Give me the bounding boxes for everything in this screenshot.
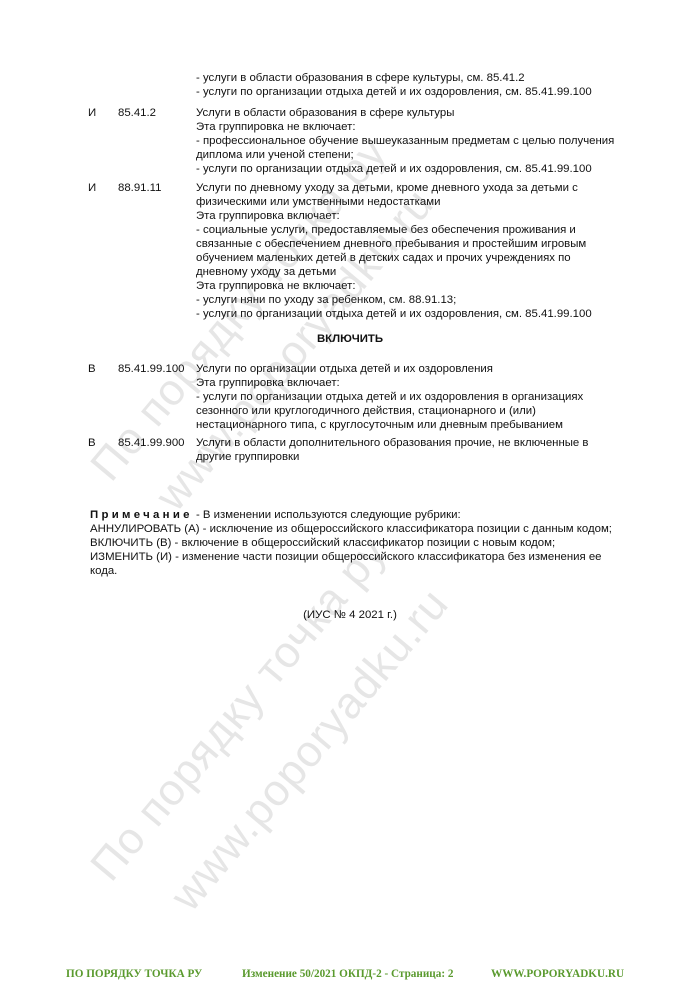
entry-code: 85.41.99.900 [118, 436, 185, 450]
text-line: - услуги по организации отдыха детей и и… [196, 85, 636, 99]
note-heading: Примечание - В изменении используются сл… [90, 508, 650, 522]
text-line: Услуги в области образования в сфере кул… [196, 106, 636, 120]
entry-description: Услуги по организации отдыха детей и их … [196, 362, 636, 432]
footer-site-url[interactable]: WWW.POPORYADKU.RU [491, 967, 624, 981]
text-line: Эта группировка включает: [196, 376, 636, 390]
text-line: обучением маленьких детей в детских сада… [196, 251, 636, 265]
note-line: ИЗМЕНИТЬ (И) - изменение части позиции о… [90, 550, 650, 564]
text-line: Эта группировка не включает: [196, 120, 636, 134]
text-line: - услуги няни по уходу за ребенком, см. … [196, 293, 636, 307]
section-title-include: ВКЛЮЧИТЬ [0, 332, 700, 346]
text-line: другие группировки [196, 450, 636, 464]
entry-action-mark: И [88, 106, 96, 120]
document-page: По порядку точка ру www.poporyadku.ru По… [0, 0, 700, 990]
entry-code: 88.91.11 [118, 181, 162, 195]
text-line: диплома или ученой степени; [196, 148, 636, 162]
note-line: кода. [90, 564, 650, 578]
text-line: сезонного или круглогодичного действия, … [196, 404, 636, 418]
text-line: - социальные услуги, предоставляемые без… [196, 223, 636, 237]
entry-description: Услуги по дневному уходу за детьми, кром… [196, 181, 636, 321]
entry-description: Услуги в области образования в сфере кул… [196, 106, 636, 176]
text-line: - услуги по организации отдыха детей и и… [196, 390, 636, 404]
entry-action-mark: В [88, 436, 96, 450]
text-line: Услуги по организации отдыха детей и их … [196, 362, 636, 376]
ius-reference: (ИУС № 4 2021 г.) [0, 608, 700, 622]
text-line: связанные с обеспечением дневного пребыв… [196, 237, 636, 251]
watermark-site-name: По порядку точка ру [95, 539, 383, 879]
note-intro: - В изменении используются следующие руб… [193, 509, 461, 521]
text-line: - услуги по организации отдыха детей и и… [196, 162, 636, 176]
note-line: АННУЛИРОВАТЬ (А) - исключение из общерос… [90, 522, 650, 536]
watermark-site-url: www.poporyadku.ru [175, 591, 445, 909]
text-line: Услуги по дневному уходу за детьми, кром… [196, 181, 636, 195]
entry-action-mark: И [88, 181, 96, 195]
note-line: ВКЛЮЧИТЬ (В) - включение в общероссийски… [90, 536, 650, 550]
continued-exclusions: - услуги в области образования в сфере к… [196, 71, 636, 99]
entry-description: Услуги в области дополнительного образов… [196, 436, 636, 464]
text-line: Услуги в области дополнительного образов… [196, 436, 636, 450]
text-line: дневному уходу за детьми [196, 265, 636, 279]
note-block: Примечание - В изменении используются сл… [90, 508, 650, 578]
footer-site-name: ПО ПОРЯДКУ ТОЧКА РУ [66, 967, 202, 981]
entry-code: 85.41.99.100 [118, 362, 185, 376]
entry-action-mark: В [88, 362, 96, 376]
text-line: Эта группировка не включает: [196, 279, 636, 293]
text-line: Эта группировка включает: [196, 209, 636, 223]
text-line: физическими или умственными недостатками [196, 195, 636, 209]
note-label: Примечание [90, 509, 193, 521]
text-line: нестационарного типа, с круглосуточным и… [196, 418, 636, 432]
footer-page-info: Изменение 50/2021 ОКПД-2 - Страница: 2 [242, 967, 453, 981]
text-line: - услуги по организации отдыха детей и и… [196, 307, 636, 321]
entry-code: 85.41.2 [118, 106, 156, 120]
text-line: - услуги в области образования в сфере к… [196, 71, 636, 85]
text-line: - профессиональное обучение вышеуказанны… [196, 134, 636, 148]
